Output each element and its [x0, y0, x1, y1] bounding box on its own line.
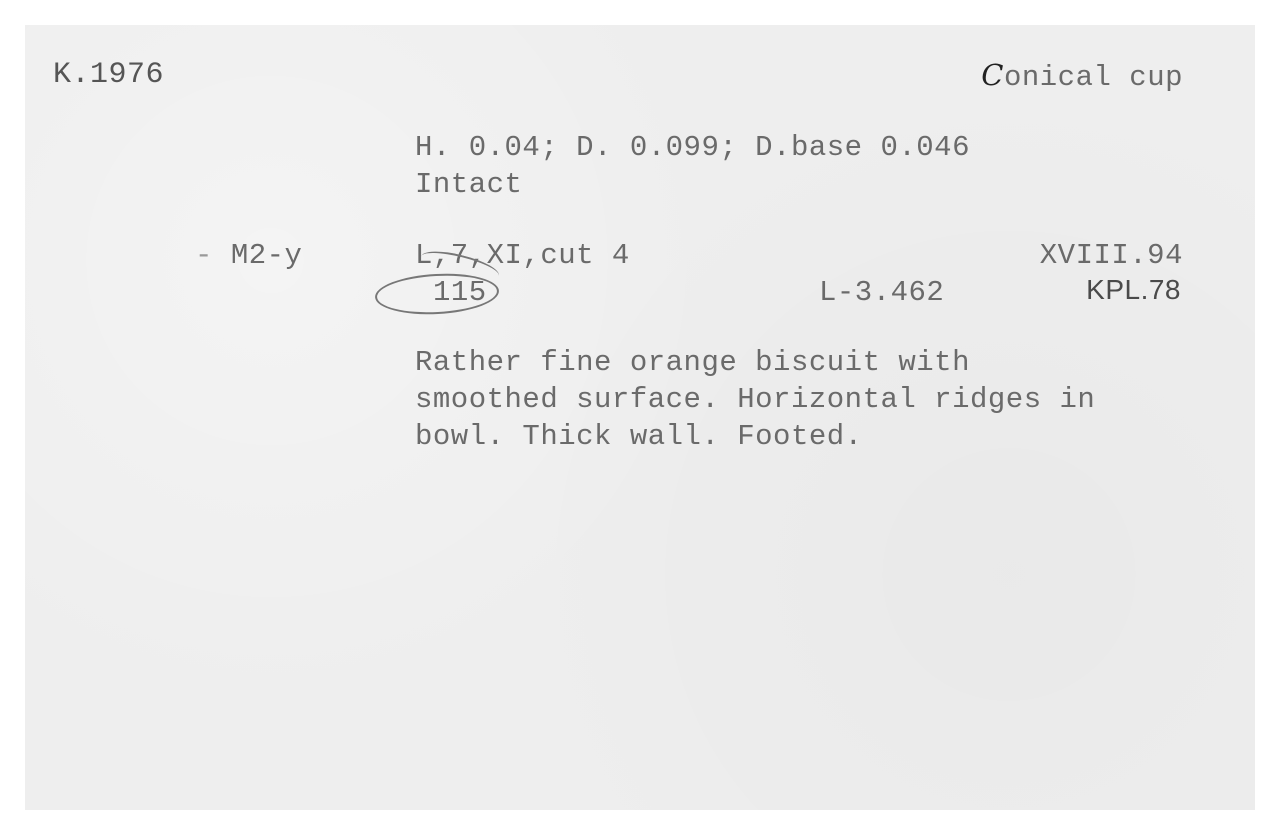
object-type-text: onical cup — [1004, 61, 1183, 94]
kpl-reference: KPL.78 — [1086, 271, 1181, 308]
catalog-card: K.1976 Conical cup H. 0.04; D. 0.099; D.… — [25, 25, 1255, 810]
description: Rather fine orange biscuit withsmoothed … — [415, 344, 1095, 455]
plate-reference: XVIII.94 — [1040, 237, 1183, 274]
lot-number-group: 115 — [415, 274, 469, 311]
inventory-number: L-3.462 — [819, 274, 944, 311]
condition: Intact — [415, 166, 522, 203]
object-type: Conical cup — [981, 57, 1183, 96]
measurements: H. 0.04; D. 0.099; D.base 0.046 — [415, 129, 970, 166]
description-line: Rather fine orange biscuit with — [415, 344, 1095, 381]
handwritten-initial: C — [981, 58, 1004, 92]
pit-label: M2-y — [231, 239, 303, 272]
lot-number: 115 — [433, 274, 487, 311]
description-line: bowl. Thick wall. Footed. — [415, 418, 1095, 455]
accession-number: K.1976 — [53, 57, 164, 94]
pit-mark: - — [195, 239, 213, 272]
pit-designation: - M2-y — [195, 237, 302, 274]
description-line: smoothed surface. Horizontal ridges in — [415, 381, 1095, 418]
